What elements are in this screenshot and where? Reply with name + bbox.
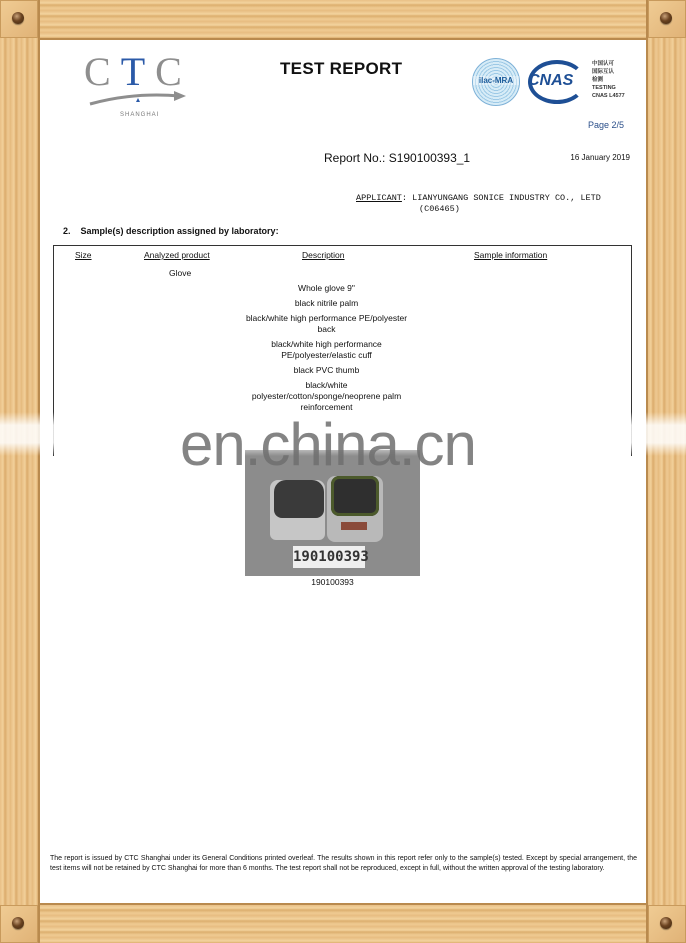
product-value: Glove [169, 268, 191, 278]
header-description: Description [302, 250, 345, 260]
glove-image [270, 480, 325, 540]
watermark: en.china.cn [180, 412, 476, 478]
logo-city: SHANGHAI [120, 112, 159, 118]
description-item: black PVC thumb [244, 365, 409, 376]
description-item: Whole glove 9" [244, 283, 409, 294]
applicant-label: APPLICANT [356, 193, 402, 203]
nail-icon [12, 917, 24, 929]
ctc-logo: CTC SHANGHAI [84, 52, 194, 124]
nail-icon [12, 12, 24, 24]
nail-icon [660, 917, 672, 929]
frame-corner [0, 905, 38, 943]
applicant-code: (C06465) [356, 204, 601, 215]
description-item: black nitrile palm [244, 298, 409, 309]
page-number: Page 2/5 [588, 120, 624, 130]
applicant-name: : LIANYUNGANG SONICE INDUSTRY CO., LETD [402, 193, 601, 203]
cnas-accreditation-text: 中国认可 国际互认 检测 TESTING CNAS L4577 [592, 60, 625, 100]
header-size: Size [75, 250, 92, 260]
glove-image [327, 476, 383, 542]
sample-label: 190100393 [293, 546, 365, 568]
applicant-block: APPLICANT: LIANYUNGANG SONICE INDUSTRY C… [356, 193, 601, 215]
frame-right [646, 0, 686, 943]
cnas-logo: CNAS [528, 60, 586, 104]
footer-disclaimer: The report is issued by CTC Shanghai und… [50, 854, 637, 874]
arrow-icon [88, 90, 188, 106]
description-item: black/white high performance PE/polyeste… [244, 339, 409, 361]
section-number: 2. [63, 226, 71, 236]
frame-corner [648, 905, 686, 943]
frame-left [0, 0, 40, 943]
report-number: Report No.: S190100393_1 [324, 151, 470, 165]
report-date: 16 January 2019 [570, 153, 630, 162]
header-analyzed-product: Analyzed product [144, 250, 210, 260]
ilac-mra-logo: ilac-MRA [472, 58, 520, 106]
photo-caption: 190100393 [245, 577, 420, 587]
section-title: Sample(s) description assigned by labora… [81, 226, 279, 236]
nail-icon [660, 12, 672, 24]
header-sample-information: Sample information [474, 250, 547, 260]
ctc-letters: CTC [84, 52, 194, 92]
description-list: Whole glove 9" black nitrile palm black/… [244, 283, 409, 417]
frame-top [0, 0, 686, 40]
report-title: TEST REPORT [280, 59, 402, 79]
description-item: black/white polyester/cotton/sponge/neop… [244, 380, 409, 413]
section-heading: 2.Sample(s) description assigned by labo… [63, 226, 279, 236]
frame-corner [0, 0, 38, 38]
frame-corner [648, 0, 686, 38]
frame-bottom [0, 903, 686, 943]
description-item: black/white high performance PE/polyeste… [244, 313, 409, 335]
